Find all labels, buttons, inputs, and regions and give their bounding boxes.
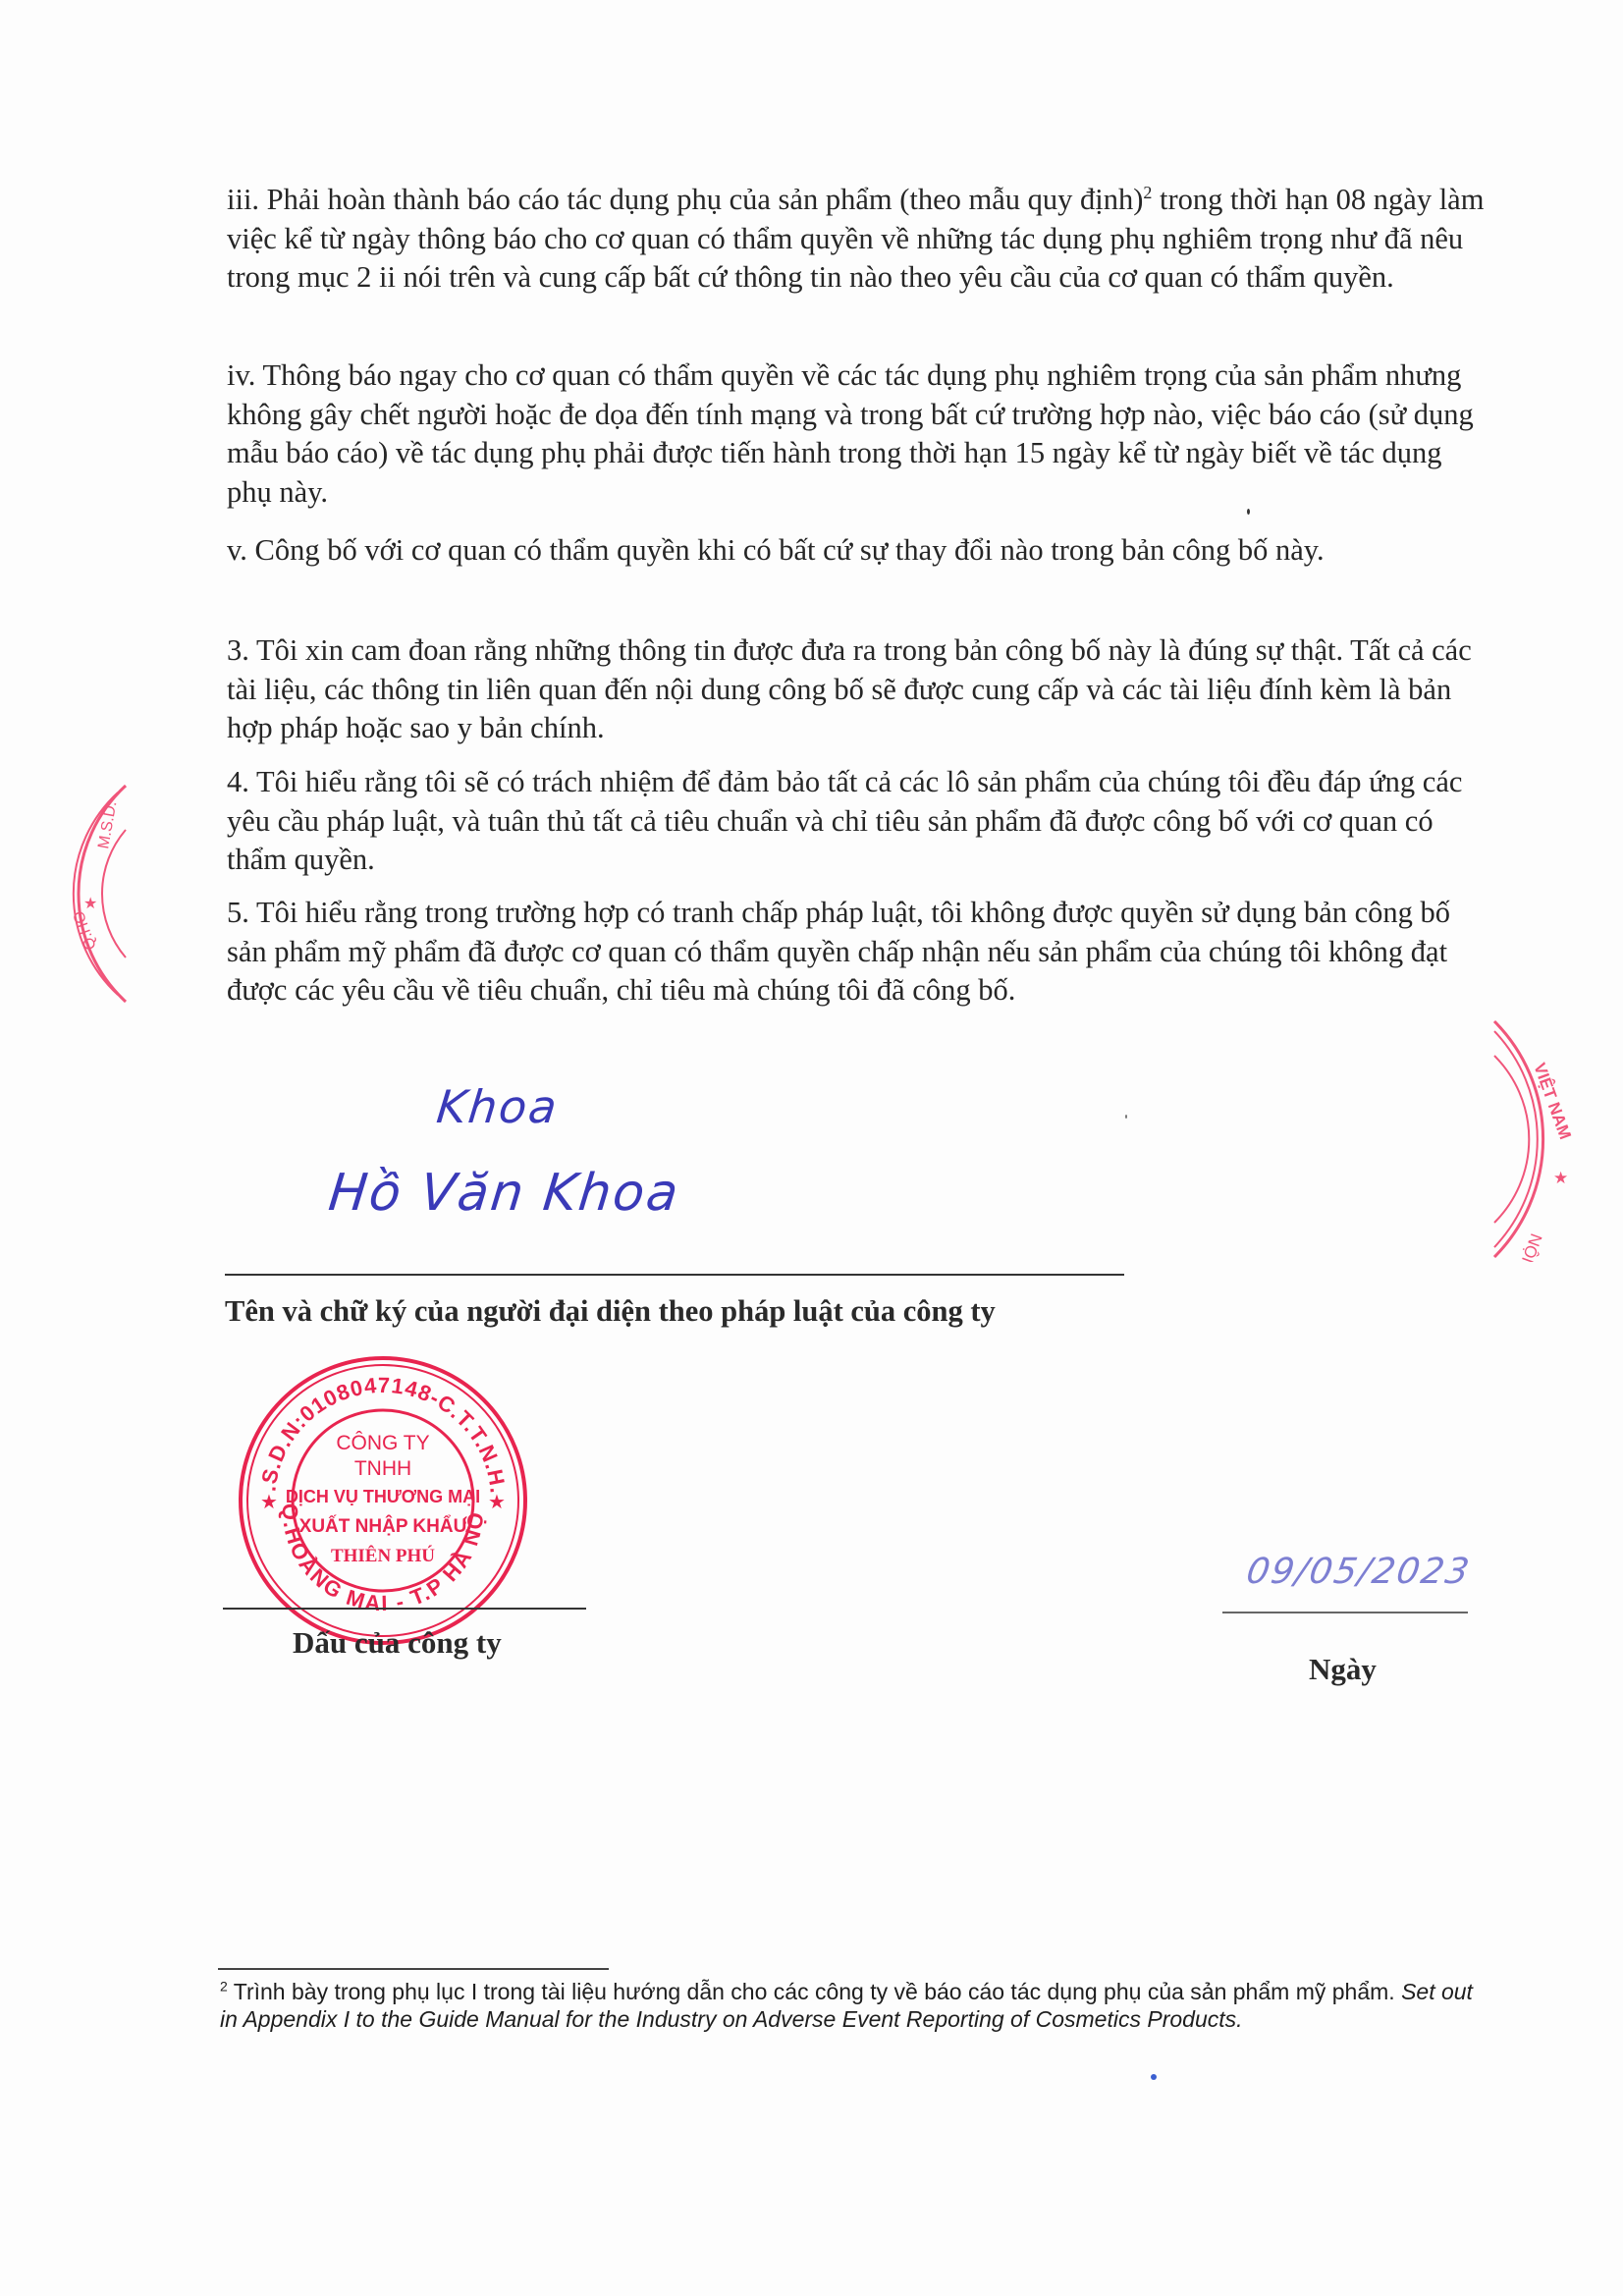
- paragraph-5: 5. Tôi hiểu rằng trong trường hợp có tra…: [227, 894, 1493, 1011]
- date-label: Ngày: [1309, 1652, 1377, 1687]
- footnote: 2 Trình bày trong phụ lục I trong tài li…: [220, 1978, 1496, 2033]
- document-page: iii. Phải hoàn thành báo cáo tác dụng ph…: [0, 0, 1623, 2296]
- paragraph-v: v. Công bố với cơ quan có thẩm quyền khi…: [227, 531, 1493, 571]
- stamp-line-5: THIÊN PHÚ: [331, 1545, 435, 1566]
- footnote-vi-text: Trình bày trong phụ lục I trong tài liệu…: [228, 1979, 1401, 2004]
- star-icon: ★: [1553, 1169, 1568, 1187]
- handwritten-name: Hồ Văn Khoa: [326, 1164, 682, 1223]
- scan-speck: [1247, 509, 1250, 515]
- paragraph-iii: iii. Phải hoàn thành báo cáo tác dụng ph…: [227, 181, 1493, 298]
- scan-speck: [1125, 1115, 1127, 1119]
- footnote-number: 2: [220, 1978, 228, 1994]
- side-stamp-left: M.S.D. ★ Q.HO: [39, 781, 128, 1007]
- svg-text:Q.HO: Q.HO: [71, 908, 100, 952]
- paragraph-iv: iv. Thông báo ngay cho cơ quan có thẩm q…: [227, 356, 1493, 512]
- date-line: [1222, 1612, 1468, 1613]
- star-icon: ★: [260, 1492, 278, 1513]
- paragraph-4: 4. Tôi hiểu rằng tôi sẽ có trách nhiệm đ…: [227, 763, 1493, 880]
- handwritten-date: 09/05/2023: [1243, 1552, 1474, 1592]
- signature-line: [225, 1274, 1124, 1276]
- handwritten-signature: Khoa: [434, 1080, 561, 1133]
- stamp-line: [223, 1608, 586, 1610]
- footnote-divider: [218, 1968, 609, 1970]
- star-icon: ★: [488, 1492, 506, 1513]
- side-stamp-right: VIỆT NAM ★ NỘI: [1492, 1016, 1610, 1262]
- stamp-line-1: CÔNG TY: [336, 1432, 429, 1454]
- stamp-line-4: XUẤT NHẬP KHẨU: [299, 1515, 467, 1537]
- svg-text:NỘI: NỘI: [1518, 1231, 1545, 1262]
- paragraph-3: 3. Tôi xin cam đoan rằng những thông tin…: [227, 631, 1493, 748]
- stamp-line-3: DỊCH VỤ THƯƠNG MẠI: [286, 1487, 480, 1506]
- company-stamp: M.S.D.N:0108047148-C.T.T.N.H.H Q.HOÀNG M…: [236, 1353, 530, 1648]
- scan-speck: [1151, 2074, 1157, 2080]
- stamp-label: Dấu của công ty: [293, 1625, 502, 1661]
- signature-label: Tên và chữ ký của người đại diện theo ph…: [225, 1294, 996, 1329]
- stamp-line-2: TNHH: [354, 1457, 411, 1480]
- paragraph-iii-text: iii. Phải hoàn thành báo cáo tác dụng ph…: [227, 183, 1143, 216]
